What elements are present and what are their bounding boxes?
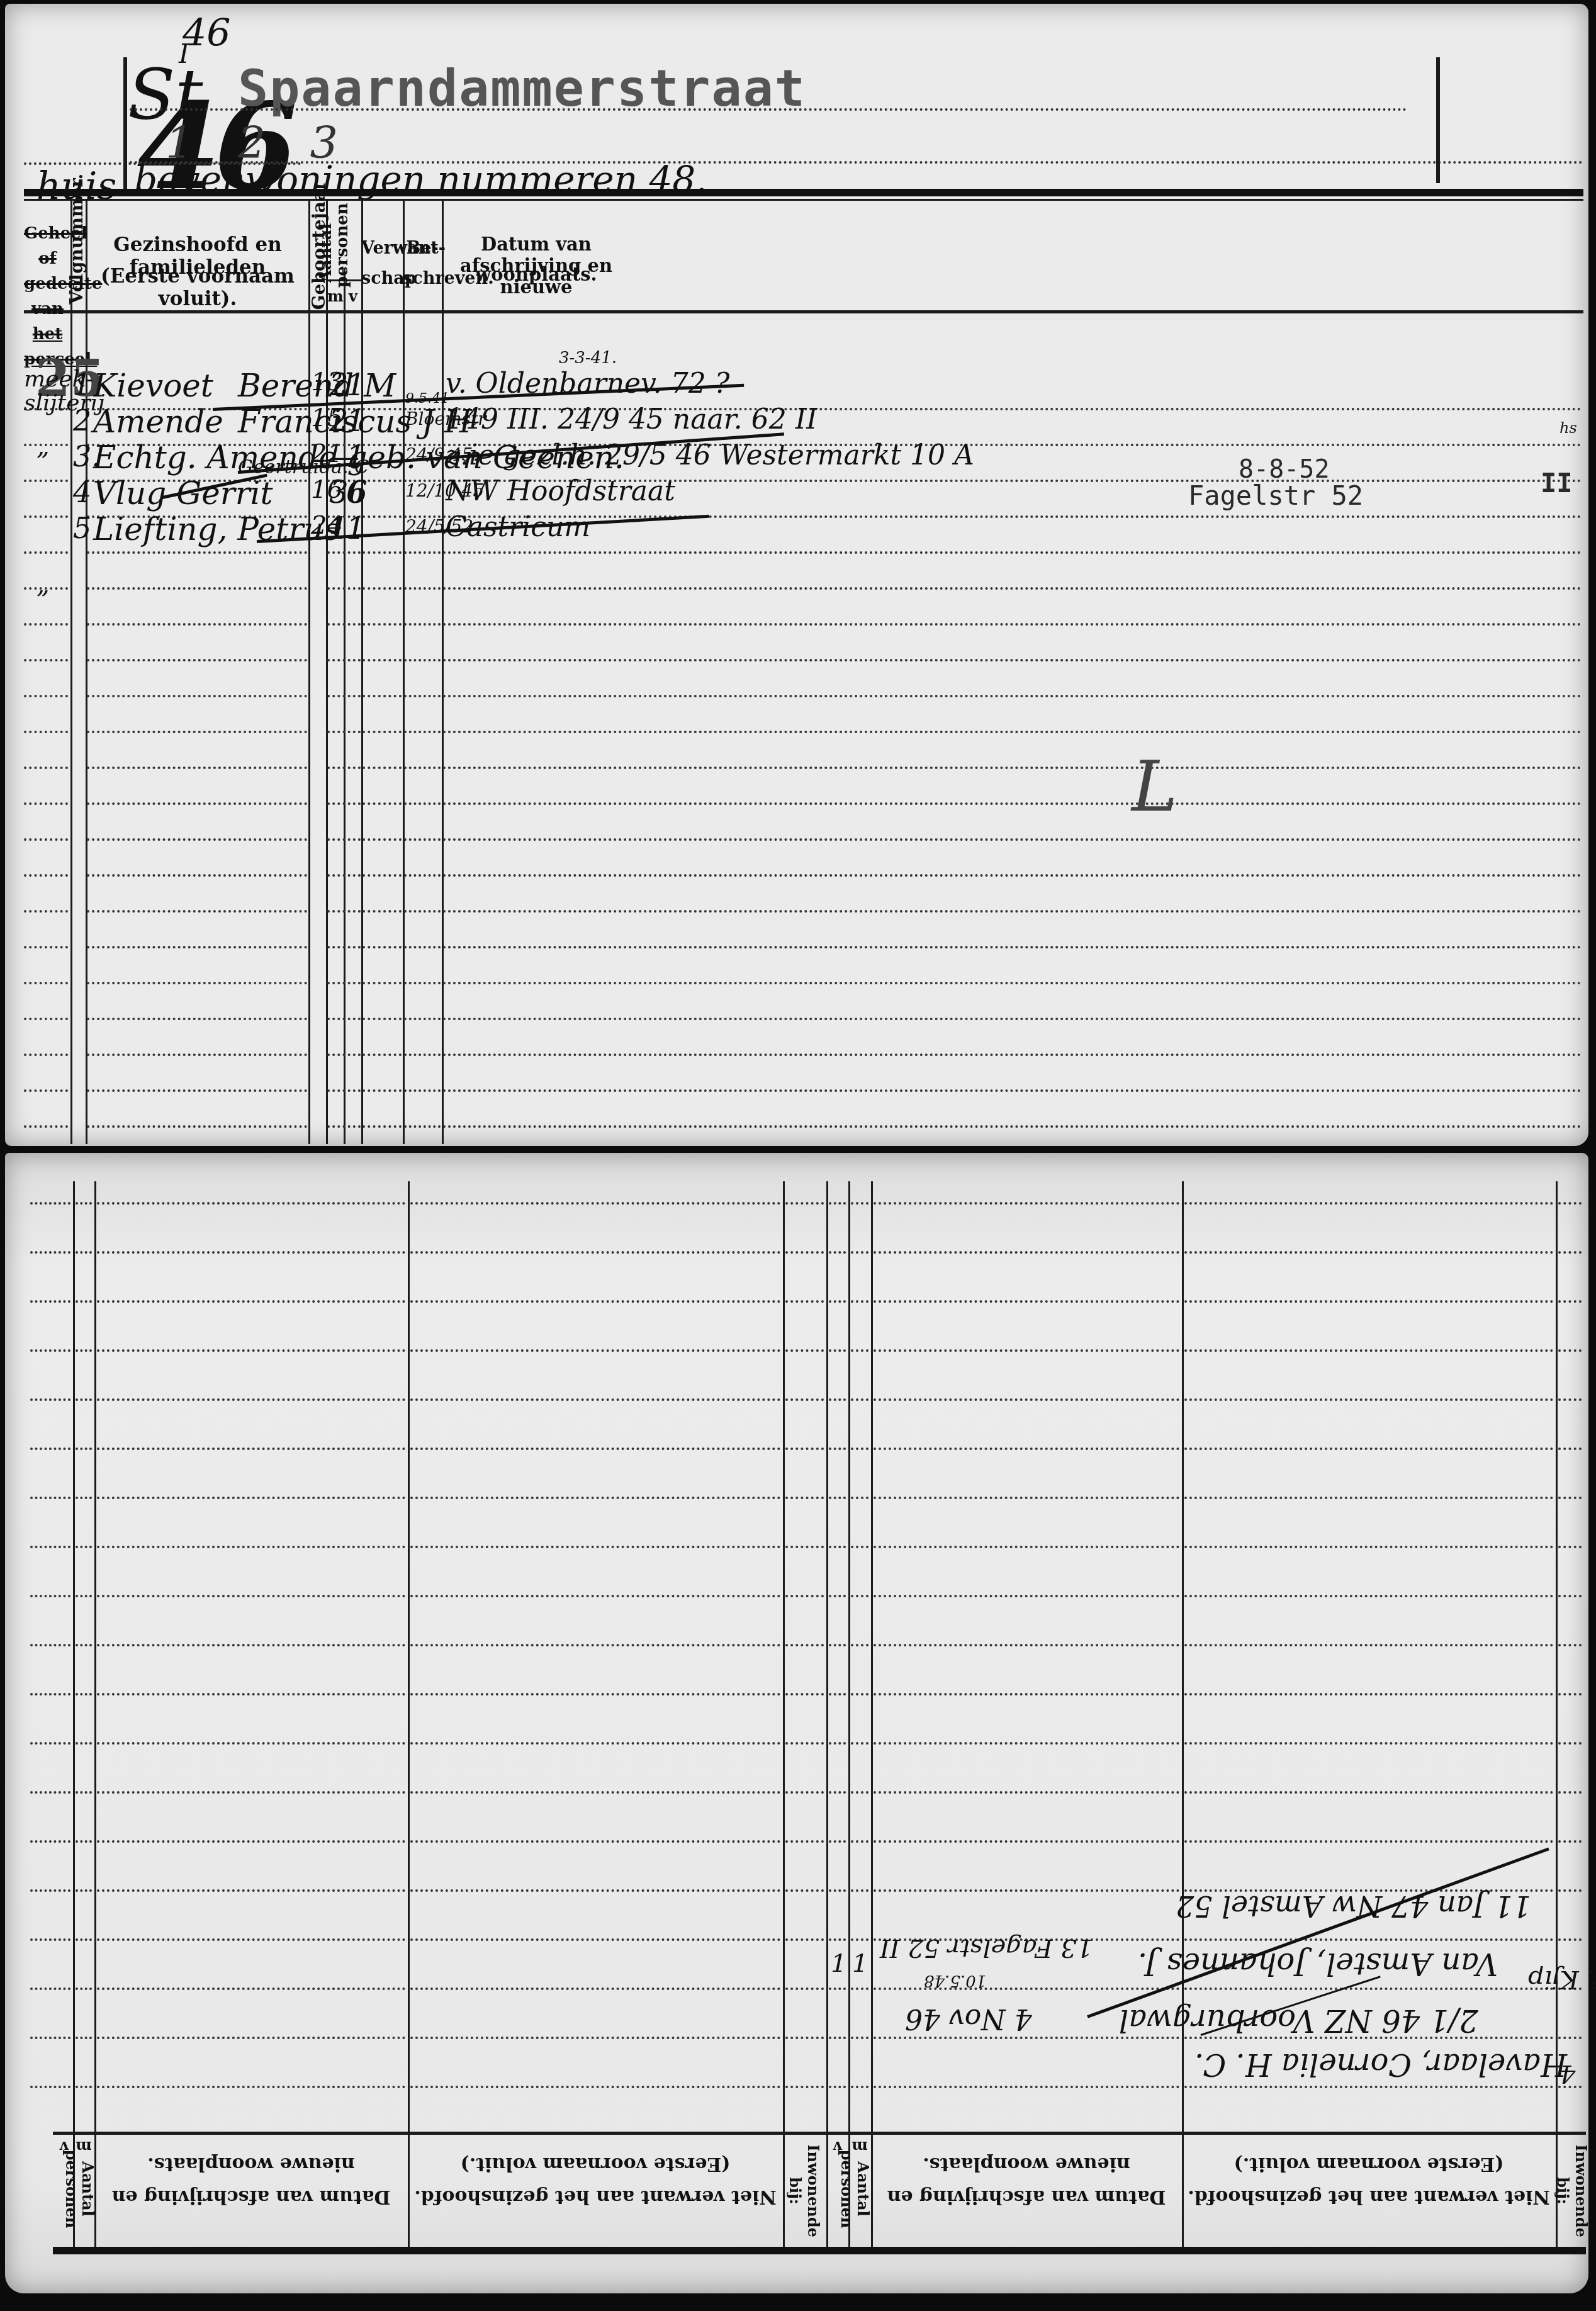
lower-row-dotted-line — [1558, 1693, 1582, 1695]
lower-row-dotted-line — [1558, 1742, 1582, 1745]
row-dotted-line — [443, 1089, 1582, 1092]
lower-row-dotted-line — [1184, 1644, 1553, 1646]
lower-row-dotted-line — [410, 1349, 780, 1352]
row-dotted-line — [404, 910, 441, 913]
row-dotted-line — [362, 1054, 402, 1056]
row-dotted-line — [443, 587, 1582, 590]
row-dotted-line — [362, 838, 402, 841]
row-v: 1 — [346, 368, 366, 403]
designation-sup-number: 46 — [183, 11, 230, 55]
lower-header-datum-left-1: Datum van afschrijving en — [94, 2180, 408, 2213]
row-dotted-line — [443, 623, 1582, 626]
lower-header-m-right: m — [850, 2138, 870, 2156]
lower-row-dotted-line — [785, 1938, 824, 1941]
lower-row-dotted-line — [1558, 1595, 1582, 1597]
row-dotted-line — [443, 1125, 1582, 1128]
row-dotted-line — [404, 946, 441, 948]
row-dotted-line — [443, 838, 1582, 841]
row-dotted-line — [87, 551, 307, 554]
header-m: m — [327, 287, 344, 305]
lower-row-dotted-line — [30, 1251, 70, 1254]
lower-row-dotted-line — [1558, 1644, 1582, 1646]
lower-card: Datum van afschrijving en nieuwe woonpla… — [5, 1153, 1588, 2293]
lower-strike-1 — [1087, 1847, 1549, 2018]
row-dotted-line — [404, 802, 441, 805]
lower-row-dotted-line — [785, 1693, 824, 1695]
lower-row-dotted-line — [410, 1300, 780, 1303]
lower-row-dotted-line — [1558, 1251, 1582, 1254]
row-dotted-line — [87, 838, 307, 841]
lower-header-aantal-right-2: personen — [838, 2145, 855, 2233]
header-beschreven-1: Be- — [403, 233, 442, 264]
lower-row-dotted-line — [76, 1791, 92, 1794]
row-dotted-line — [443, 659, 1582, 661]
lower-header-inwonende-right: Inwonende bij: — [1554, 2140, 1590, 2241]
lower-row-dotted-line — [1184, 2086, 1553, 2088]
lower-header-niet-verwant-right-1: Niet verwant aan het gezinshoofd. — [1182, 2180, 1556, 2213]
lower-header-niet-verwant-left-1: Niet verwant aan het gezinshoofd. — [408, 2180, 783, 2213]
row-dotted-line — [24, 838, 68, 841]
lower-row-dotted-line — [851, 1840, 868, 1843]
row-dotted-line — [404, 551, 441, 554]
row-dotted-line — [362, 946, 402, 948]
row-v: 6 — [346, 475, 367, 510]
header-aantal-personen: Aantal personen — [318, 218, 351, 288]
lower-row-dotted-line — [30, 1448, 70, 1450]
lower-row-dotted-line — [1184, 1349, 1553, 1352]
ditto-mark-1: „ — [37, 432, 50, 461]
row-dotted-line — [24, 515, 68, 518]
lower-row-dotted-line — [30, 2086, 70, 2088]
lower-row-dotted-line — [874, 1988, 1179, 1990]
lower-row-dotted-line — [874, 1595, 1179, 1597]
lower-row-dotted-line — [874, 1300, 1179, 1303]
row-dotted-line — [24, 802, 68, 805]
lower-row-dotted-line — [874, 1546, 1179, 1548]
row-dotted-line — [327, 838, 361, 841]
lower-row-dotted-line — [1184, 1840, 1553, 1843]
col-divider-7 — [403, 200, 405, 1144]
lower-col-8 — [1182, 1181, 1184, 2251]
row-v: 1 — [346, 511, 366, 546]
row-dotted-line — [24, 1018, 68, 1020]
lower-row-dotted-line — [97, 1349, 405, 1352]
lower-row-dotted-line — [785, 1791, 824, 1794]
lower-row-dotted-line — [97, 1497, 405, 1499]
lower-entry-2-date-sub: 10.5.48 — [924, 1971, 986, 1990]
row-dotted-line — [362, 659, 402, 661]
row-dotted-line — [443, 767, 1582, 769]
row-datum: 149 III. 24/9 45 naar. 62 II — [446, 403, 818, 436]
header-gezinshoofd-sub: (Eerste voornaam voluit). — [87, 265, 308, 310]
street-dotted-line — [130, 108, 1407, 111]
lower-row-dotted-line — [30, 1938, 70, 1941]
lower-entry-3-v: 1 — [831, 1949, 846, 1978]
row-dotted-line — [327, 587, 361, 590]
row-dotted-line — [362, 982, 402, 984]
row-dotted-line — [362, 480, 402, 482]
lower-row-dotted-line — [1184, 1938, 1553, 1941]
lower-row-dotted-line — [30, 1840, 70, 1843]
lower-header-niet-verwant-left: Niet verwant aan het gezinshoofd. (Eerst… — [408, 2147, 783, 2213]
lower-row-dotted-line — [97, 1988, 405, 1990]
lower-row-dotted-line — [851, 1349, 868, 1352]
row-dotted-line — [24, 767, 68, 769]
row-dotted-line — [404, 1125, 441, 1128]
lower-header-niet-verwant-right: Niet verwant aan het gezinshoofd. (Eerst… — [1182, 2147, 1556, 2213]
row-dotted-line — [443, 874, 1582, 877]
row-dotted-line — [362, 1125, 402, 1128]
lower-row-dotted-line — [76, 1988, 92, 1990]
lower-row-dotted-line — [1558, 1202, 1582, 1205]
lower-row-dotted-line — [97, 1546, 405, 1548]
lower-row-dotted-line — [97, 1448, 405, 1450]
row-dotted-line — [87, 874, 307, 877]
lower-row-dotted-line — [829, 1497, 846, 1499]
row-dotted-line — [24, 731, 68, 733]
row-dotted-line — [404, 1089, 441, 1092]
lower-row-dotted-line — [785, 1742, 824, 1745]
lower-row-dotted-line — [829, 1693, 846, 1695]
lower-row-dotted-line — [851, 1546, 868, 1548]
lower-row-dotted-line — [874, 1398, 1179, 1401]
lower-header-rule — [53, 2132, 1586, 2135]
row-dotted-line — [24, 659, 68, 661]
lower-row-dotted-line — [97, 1595, 405, 1597]
row-dotted-line — [362, 731, 402, 733]
lower-row-dotted-line — [97, 1202, 405, 1205]
lower-row-dotted-line — [851, 1791, 868, 1794]
lower-row-dotted-line — [1558, 2037, 1582, 2039]
header-rule — [24, 189, 1583, 196]
lower-row-dotted-line — [76, 1349, 92, 1352]
lower-row-dotted-line — [30, 1546, 70, 1548]
row-m: 2 — [329, 403, 349, 439]
row-datum: z.ie gezl.h. 29/5 46 Westermarkt 10 A — [446, 439, 974, 471]
lower-row-dotted-line — [97, 1398, 405, 1401]
lower-row-dotted-line — [829, 1448, 846, 1450]
row-dotted-line — [87, 623, 307, 626]
row-dotted-line — [362, 551, 402, 554]
row-number: 2 — [73, 403, 91, 437]
lower-row-dotted-line — [97, 1889, 405, 1892]
lower-row-dotted-line — [410, 1988, 780, 1990]
lower-row-dotted-line — [1558, 1497, 1582, 1499]
lower-row-dotted-line — [76, 1840, 92, 1843]
row-dotted-line — [443, 910, 1582, 913]
lower-header-inwonende-left: Inwonende bij: — [786, 2140, 823, 2241]
row-dotted-line — [87, 1089, 307, 1092]
header-v: v — [345, 287, 361, 305]
row-dotted-line — [327, 767, 361, 769]
lower-entry-3-extra: 13 Fagelstr 52 II — [880, 1933, 1093, 1962]
lower-row-dotted-line — [1184, 1497, 1553, 1499]
header-right-divider — [1436, 57, 1440, 183]
row-dotted-line — [327, 982, 361, 984]
lower-row-dotted-line — [1558, 1840, 1582, 1843]
row-dotted-line — [443, 982, 1582, 984]
row-dotted-line — [87, 659, 307, 661]
lower-row-dotted-line — [829, 1349, 846, 1352]
row-dotted-line — [404, 874, 441, 877]
lower-row-dotted-line — [1184, 1693, 1553, 1695]
col-divider-4 — [326, 200, 328, 1144]
lower-row-dotted-line — [76, 1300, 92, 1303]
lower-row-dotted-line — [785, 1644, 824, 1646]
lower-entry-2-date: 4 Nov 46 — [905, 2003, 1032, 2035]
col-divider-8 — [442, 200, 444, 1144]
lower-row-dotted-line — [874, 1202, 1179, 1205]
header-geheel-line1: Geheel of — [24, 221, 71, 271]
row-dotted-line — [327, 695, 361, 697]
lower-row-dotted-line — [785, 1595, 824, 1597]
lower-row-dotted-line — [851, 1595, 868, 1597]
lower-row-dotted-line — [829, 1398, 846, 1401]
row-dotted-line — [327, 731, 361, 733]
lower-row-dotted-line — [76, 1644, 92, 1646]
lower-col-4 — [783, 1181, 785, 2251]
lower-row-dotted-line — [874, 1889, 1179, 1892]
lower-row-dotted-line — [851, 1988, 868, 1990]
lower-row-dotted-line — [851, 1398, 868, 1401]
header-geheel-line3: van — [24, 296, 71, 322]
row-number: 5 — [73, 511, 91, 545]
lower-row-dotted-line — [1558, 1300, 1582, 1303]
lower-header-datum-left: Datum van afschrijving en nieuwe woonpla… — [94, 2147, 408, 2213]
row-dotted-line — [443, 802, 1582, 805]
lower-row-dotted-line — [97, 2086, 405, 2088]
lower-row-dotted-line — [1184, 1398, 1553, 1401]
row-name: Liefting, Petrus — [93, 511, 340, 548]
row-dotted-line — [362, 623, 402, 626]
lower-header-datum-right-1: Datum van afschrijving en — [871, 2180, 1182, 2213]
lower-row-dotted-line — [829, 2086, 846, 2088]
lower-row-dotted-line — [1184, 1448, 1553, 1450]
row-number: 4 — [73, 475, 91, 509]
lower-row-dotted-line — [851, 1938, 868, 1941]
lower-row-dotted-line — [829, 1988, 846, 1990]
header-rule-thin — [24, 199, 1583, 201]
row-dotted-line — [327, 1054, 361, 1056]
lower-row-dotted-line — [829, 2037, 846, 2039]
lower-row-dotted-line — [76, 2086, 92, 2088]
header-beschreven: Be- schreven. — [403, 233, 442, 294]
lower-row-dotted-line — [851, 1202, 868, 1205]
row-datum: NW Hoofdstraat — [446, 475, 675, 507]
row-dotted-line — [24, 1089, 68, 1092]
row-dotted-line — [24, 1054, 68, 1056]
row-dotted-line — [404, 587, 441, 590]
row-m: 2 — [329, 368, 349, 403]
lower-row-dotted-line — [851, 1889, 868, 1892]
lower-row-dotted-line — [30, 1988, 70, 1990]
lower-row-dotted-line — [30, 1693, 70, 1695]
row-dotted-line — [24, 480, 68, 482]
row-dotted-line — [327, 946, 361, 948]
header-datum-sub: woonplaats. — [442, 264, 631, 285]
lower-row-dotted-line — [785, 1251, 824, 1254]
row-dotted-line — [362, 695, 402, 697]
lower-row-dotted-line — [410, 2086, 780, 2088]
row-dotted-line — [327, 659, 361, 661]
row-number: 1 — [73, 368, 91, 402]
lower-row-dotted-line — [829, 1742, 846, 1745]
row-dotted-line — [24, 874, 68, 877]
header-verwantschap: Verwant- schap — [361, 233, 403, 294]
lower-header-v-left: v — [55, 2138, 73, 2156]
row-dotted-line — [404, 623, 441, 626]
lower-row-dotted-line — [874, 1497, 1179, 1499]
row-dotted-line — [327, 874, 361, 877]
upper-card: 46 huis St I 46 Spaarndammerstraat 1 2 3… — [5, 4, 1588, 1146]
row-dotted-line — [24, 946, 68, 948]
row-dotted-line — [362, 802, 402, 805]
lower-row-dotted-line — [829, 1546, 846, 1548]
header-volgnummer: Volgnummer. — [66, 210, 87, 305]
lower-row-dotted-line — [30, 1398, 70, 1401]
lower-row-dotted-line — [785, 1349, 824, 1352]
row-name: Kievoet — [93, 368, 213, 404]
lower-row-dotted-line — [829, 1595, 846, 1597]
row-dotted-line — [24, 695, 68, 697]
row-dotted-line — [404, 982, 441, 984]
row-dotted-line — [404, 695, 441, 697]
lower-header-v-right: v — [828, 2138, 848, 2156]
lower-row-dotted-line — [1558, 1938, 1582, 1941]
row-dotted-line — [443, 946, 1582, 948]
lower-row-dotted-line — [410, 1889, 780, 1892]
lower-row-dotted-line — [874, 1840, 1179, 1843]
row-dotted-line — [327, 1125, 361, 1128]
row-dotted-line — [362, 515, 402, 518]
lower-row-dotted-line — [76, 1497, 92, 1499]
lower-row-dotted-line — [829, 1840, 846, 1843]
lower-row-dotted-line — [76, 1398, 92, 1401]
lower-entry-3-m: 1 — [852, 1949, 868, 1978]
lower-row-dotted-line — [785, 1988, 824, 1990]
row-dotted-line — [443, 1018, 1582, 1020]
lower-row-dotted-line — [30, 1300, 70, 1303]
lower-row-dotted-line — [410, 1693, 780, 1695]
lower-row-dotted-line — [30, 1644, 70, 1646]
lower-header-aantal-left-1: Aantal — [79, 2145, 96, 2233]
row-dotted-line — [327, 910, 361, 913]
header-beschreven-2: schreven. — [403, 264, 442, 294]
row-dotted-line — [87, 802, 307, 805]
lower-row-dotted-line — [410, 1448, 780, 1450]
row-m: 1 — [329, 511, 349, 546]
lower-row-dotted-line — [76, 1448, 92, 1450]
lower-row-dotted-line — [851, 1742, 868, 1745]
lower-row-dotted-line — [1558, 1349, 1582, 1352]
lower-row-dotted-line — [785, 1889, 824, 1892]
lower-row-dotted-line — [76, 2037, 92, 2039]
row-dotted-line — [443, 695, 1582, 697]
lower-row-dotted-line — [76, 1938, 92, 1941]
lower-row-dotted-line — [1558, 1398, 1582, 1401]
lower-row-dotted-line — [97, 1791, 405, 1794]
row-dotted-line — [327, 623, 361, 626]
lower-row-dotted-line — [410, 1840, 780, 1843]
lower-row-dotted-line — [874, 1693, 1179, 1695]
lower-row-dotted-line — [1184, 1251, 1553, 1254]
lower-row-dotted-line — [1184, 1202, 1553, 1205]
row-dotted-line — [443, 515, 1582, 518]
row-dotted-line — [404, 1018, 441, 1020]
row-datum-sup: hs — [1559, 419, 1577, 437]
row-v: 1 — [346, 403, 366, 439]
lower-row-dotted-line — [1558, 1448, 1582, 1450]
lower-header-niet-verwant-left-2: (Eerste voornaam voluit.) — [408, 2147, 783, 2180]
lower-row-dotted-line — [829, 1202, 846, 1205]
lower-row-dotted-line — [874, 2086, 1179, 2088]
lower-row-dotted-line — [410, 1791, 780, 1794]
lower-row-dotted-line — [1184, 1791, 1553, 1794]
col-divider-3 — [308, 200, 310, 1144]
row-dotted-line — [327, 1089, 361, 1092]
row-datum-typed-address: Fagelstr 52 — [1188, 480, 1363, 511]
lower-entry-3: Van Amstel, Johannes J. — [1138, 1946, 1498, 1981]
lower-row-dotted-line — [97, 1300, 405, 1303]
row-dotted-line — [87, 695, 307, 697]
lower-col-5 — [826, 1181, 828, 2251]
lower-row-dotted-line — [410, 1546, 780, 1548]
header-verwantschap-2: schap — [361, 264, 403, 294]
row-dotted-line — [404, 1054, 441, 1056]
lower-col-7 — [871, 1181, 873, 2251]
row-dotted-line — [87, 946, 307, 948]
header-geheel-line2: gedeelte — [24, 271, 71, 296]
lower-row-dotted-line — [410, 1595, 780, 1597]
row-dotted-line — [327, 1018, 361, 1020]
lower-entry-5: ref. Kjip — [1528, 1965, 1596, 1994]
lower-row-dotted-line — [1184, 1546, 1553, 1548]
lower-row-dotted-line — [785, 1546, 824, 1548]
lower-row-dotted-line — [829, 1300, 846, 1303]
row-dotted-line — [443, 731, 1582, 733]
row-m: 3 — [329, 475, 349, 510]
lower-row-dotted-line — [76, 1595, 92, 1597]
lower-row-dotted-line — [851, 2037, 868, 2039]
lower-row-dotted-line — [97, 1742, 405, 1745]
lower-row-dotted-line — [410, 1398, 780, 1401]
row-dotted-line — [87, 767, 307, 769]
lower-row-dotted-line — [1558, 1546, 1582, 1548]
lower-row-dotted-line — [874, 1349, 1179, 1352]
row-dotted-line — [404, 838, 441, 841]
lower-col-9 — [1556, 1181, 1558, 2251]
lower-row-dotted-line — [97, 2037, 405, 2039]
row-dotted-line — [362, 1018, 402, 1020]
col-divider-2 — [86, 200, 87, 1144]
lower-footer-rule — [53, 2247, 1586, 2254]
lower-header-aantal-left-2: personen — [63, 2145, 79, 2233]
lower-row-dotted-line — [76, 1251, 92, 1254]
row-dotted-line — [87, 1054, 307, 1056]
row-dotted-line — [327, 551, 361, 554]
row-datum-typed-floor: II — [1541, 468, 1573, 498]
row-dotted-line — [362, 910, 402, 913]
row-dotted-line — [362, 587, 402, 590]
lower-row-dotted-line — [785, 1300, 824, 1303]
lower-row-dotted-line — [851, 1300, 868, 1303]
lower-header-niet-verwant-right-2: (Eerste voornaam voluit.) — [1182, 2147, 1556, 2180]
lower-row-dotted-line — [30, 2037, 70, 2039]
row-dotted-line — [404, 731, 441, 733]
lower-entry-1: Havelaar, Cornelia H. C. — [1194, 2047, 1567, 2082]
lower-row-dotted-line — [30, 1595, 70, 1597]
lower-row-dotted-line — [785, 1497, 824, 1499]
